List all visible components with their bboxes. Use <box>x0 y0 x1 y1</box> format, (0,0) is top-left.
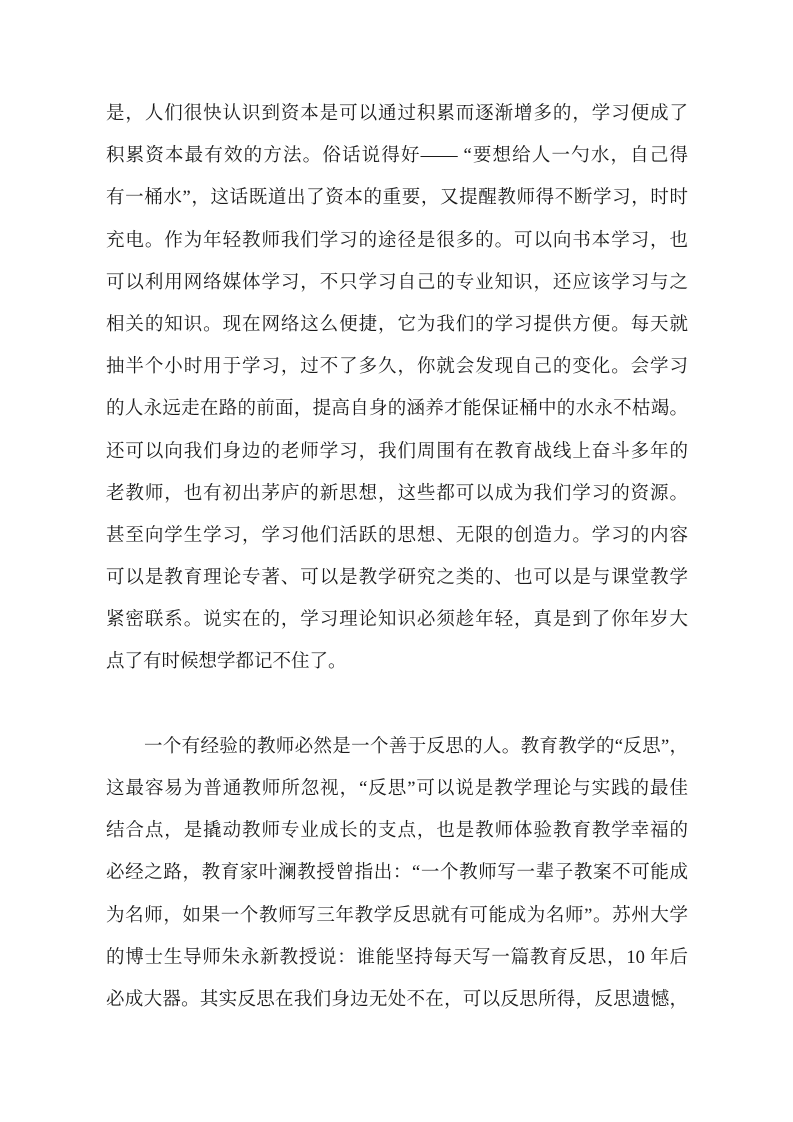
text-line: 积累资本最有效的方法。俗话说得好—— “要想给人一勺水，自己得 <box>106 135 688 177</box>
text-line: 抽半个小时用于学习，过不了多久，你就会发现自己的变化。会学习 <box>106 346 688 388</box>
text-line: 充电。作为年轻教师我们学习的途径是很多的。可以向书本学习，也 <box>106 220 688 262</box>
text-line: 的博士生导师朱永新教授说：谁能坚持每天写一篇教育反思，10 年后 <box>106 937 688 979</box>
text-line: 必经之路，教育家叶澜教授曾指出：“一个教师写一辈子教案不可能成 <box>106 852 688 894</box>
text-line: 这最容易为普通教师所忽视，“反思”可以说是教学理论与实践的最佳 <box>106 768 688 810</box>
text-line: 甚至向学生学习，学习他们活跃的思想、无限的创造力。学习的内容 <box>106 515 688 557</box>
text-line: 点了有时候想学都记不住了。 <box>106 641 688 683</box>
text-line: 必成大器。其实反思在我们身边无处不在，可以反思所得，反思遗憾， <box>106 979 688 1021</box>
text-line: 老教师，也有初出茅庐的新思想，这些都可以成为我们学习的资源。 <box>106 473 688 515</box>
text-line: 还可以向我们身边的老师学习，我们周围有在教育战线上奋斗多年的 <box>106 431 688 473</box>
text-line: 有一桶水”，这话既道出了资本的重要，又提醒教师得不断学习，时时 <box>106 177 688 219</box>
text-line: 相关的知识。现在网络这么便捷，它为我们的学习提供方便。每天就 <box>106 304 688 346</box>
text-line: 的人永远走在路的前面，提高自身的涵养才能保证桶中的水永不枯竭。 <box>106 388 688 430</box>
text-line: 可以利用网络媒体学习，不只学习自己的专业知识，还应该学习与之 <box>106 262 688 304</box>
text-line: 紧密联系。说实在的，学习理论知识必须趁年轻，真是到了你年岁大 <box>106 599 688 641</box>
text-line: 一个有经验的教师必然是一个善于反思的人。教育教学的“反思”， <box>106 726 688 768</box>
text-line: 可以是教育理论专著、可以是教学研究之类的、也可以是与课堂教学 <box>106 557 688 599</box>
document-page: 是，人们很快认识到资本是可以通过积累而逐渐增多的，学习便成了积累资本最有效的方法… <box>0 0 793 1122</box>
text-line: 结合点，是撬动教师专业成长的支点，也是教师体验教育教学幸福的 <box>106 810 688 852</box>
blank-line <box>106 684 688 726</box>
text-line: 为名师，如果一个教师写三年教学反思就有可能成为名师”。苏州大学 <box>106 895 688 937</box>
document-text: 是，人们很快认识到资本是可以通过积累而逐渐增多的，学习便成了积累资本最有效的方法… <box>106 93 688 1021</box>
text-line: 是，人们很快认识到资本是可以通过积累而逐渐增多的，学习便成了 <box>106 93 688 135</box>
